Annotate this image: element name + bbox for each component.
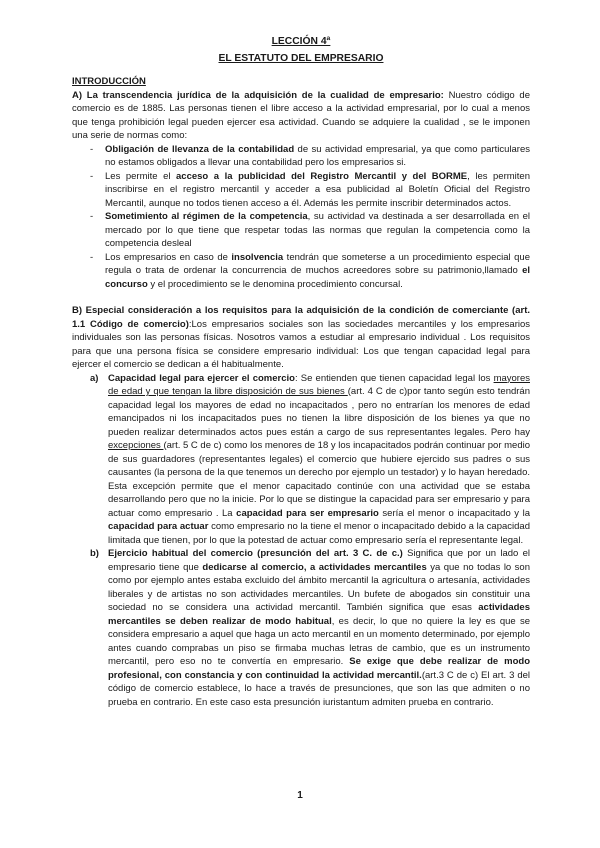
- text-run: dedicarse al comercio, a actividades mer…: [202, 562, 426, 573]
- list-item: b) Ejercicio habitual del comercio (pres…: [90, 547, 530, 709]
- bullet-dash: -: [90, 251, 105, 292]
- text-run: acceso a la publicidad del Registro Merc…: [176, 171, 467, 182]
- list-item-text: Sometimiento al régimen de la competenci…: [105, 210, 530, 251]
- list-item-text: Ejercicio habitual del comercio (presunc…: [108, 547, 530, 709]
- list-item-text: Les permite el acceso a la publicidad de…: [105, 170, 530, 211]
- paragraph-b: B) Especial consideración a los requisit…: [72, 304, 530, 372]
- text-run: Capacidad legal para ejercer el comercio: [108, 373, 295, 384]
- text-run: capacidad para ser empresario: [236, 508, 379, 519]
- list-item-text: Obligación de llevanza de la contabilida…: [105, 143, 530, 170]
- text-run: y el procedimiento se le denomina proced…: [148, 279, 403, 290]
- text-run: : Se entienden que tienen capacidad lega…: [295, 373, 494, 384]
- text-run: Los empresarios en caso de: [105, 252, 231, 263]
- text-run: capacidad para actuar: [108, 521, 208, 532]
- bullet-dash: -: [90, 143, 105, 170]
- list-item: a) Capacidad legal para ejercer el comer…: [90, 372, 530, 548]
- intro-heading: INTRODUCCIÓN: [72, 75, 530, 89]
- document-title: EL ESTATUTO DEL EMPRESARIO: [72, 50, 530, 67]
- document-page: LECCIÓN 4ª EL ESTATUTO DEL EMPRESARIO IN…: [0, 0, 600, 848]
- list-item: - Los empresarios en caso de insolvencia…: [90, 251, 530, 292]
- norms-list: - Obligación de llevanza de la contabili…: [90, 143, 530, 292]
- bullet-dash: -: [90, 170, 105, 211]
- text-run: Obligación de llevanza de la contabilida…: [105, 144, 294, 155]
- text-run: Les permite el: [105, 171, 176, 182]
- text-run: Sometimiento al régimen de la competenci…: [105, 211, 308, 222]
- list-item: - Obligación de llevanza de la contabili…: [90, 143, 530, 170]
- text-run: A) La transcendencia jurídica de la adqu…: [72, 90, 444, 101]
- list-item-text: Capacidad legal para ejercer el comercio…: [108, 372, 530, 548]
- list-letter-marker: a): [90, 372, 108, 548]
- list-letter-marker: b): [90, 547, 108, 709]
- paragraph-a: A) La transcendencia jurídica de la adqu…: [72, 89, 530, 143]
- text-run: Ejercicio habitual del comercio (presunc…: [108, 548, 403, 559]
- text-run: sería el menor o incapacitado y la: [379, 508, 530, 519]
- text-run: excepciones: [108, 440, 163, 451]
- requirements-list: a) Capacidad legal para ejercer el comer…: [90, 372, 530, 710]
- list-item: - Sometimiento al régimen de la competen…: [90, 210, 530, 251]
- bullet-dash: -: [90, 210, 105, 251]
- text-run: insolvencia: [231, 252, 283, 263]
- document-title-block: LECCIÓN 4ª EL ESTATUTO DEL EMPRESARIO: [72, 33, 530, 67]
- lesson-title: LECCIÓN 4ª: [72, 33, 530, 50]
- page-number: 1: [0, 789, 600, 803]
- list-item: - Les permite el acceso a la publicidad …: [90, 170, 530, 211]
- list-item-text: Los empresarios en caso de insolvencia t…: [105, 251, 530, 292]
